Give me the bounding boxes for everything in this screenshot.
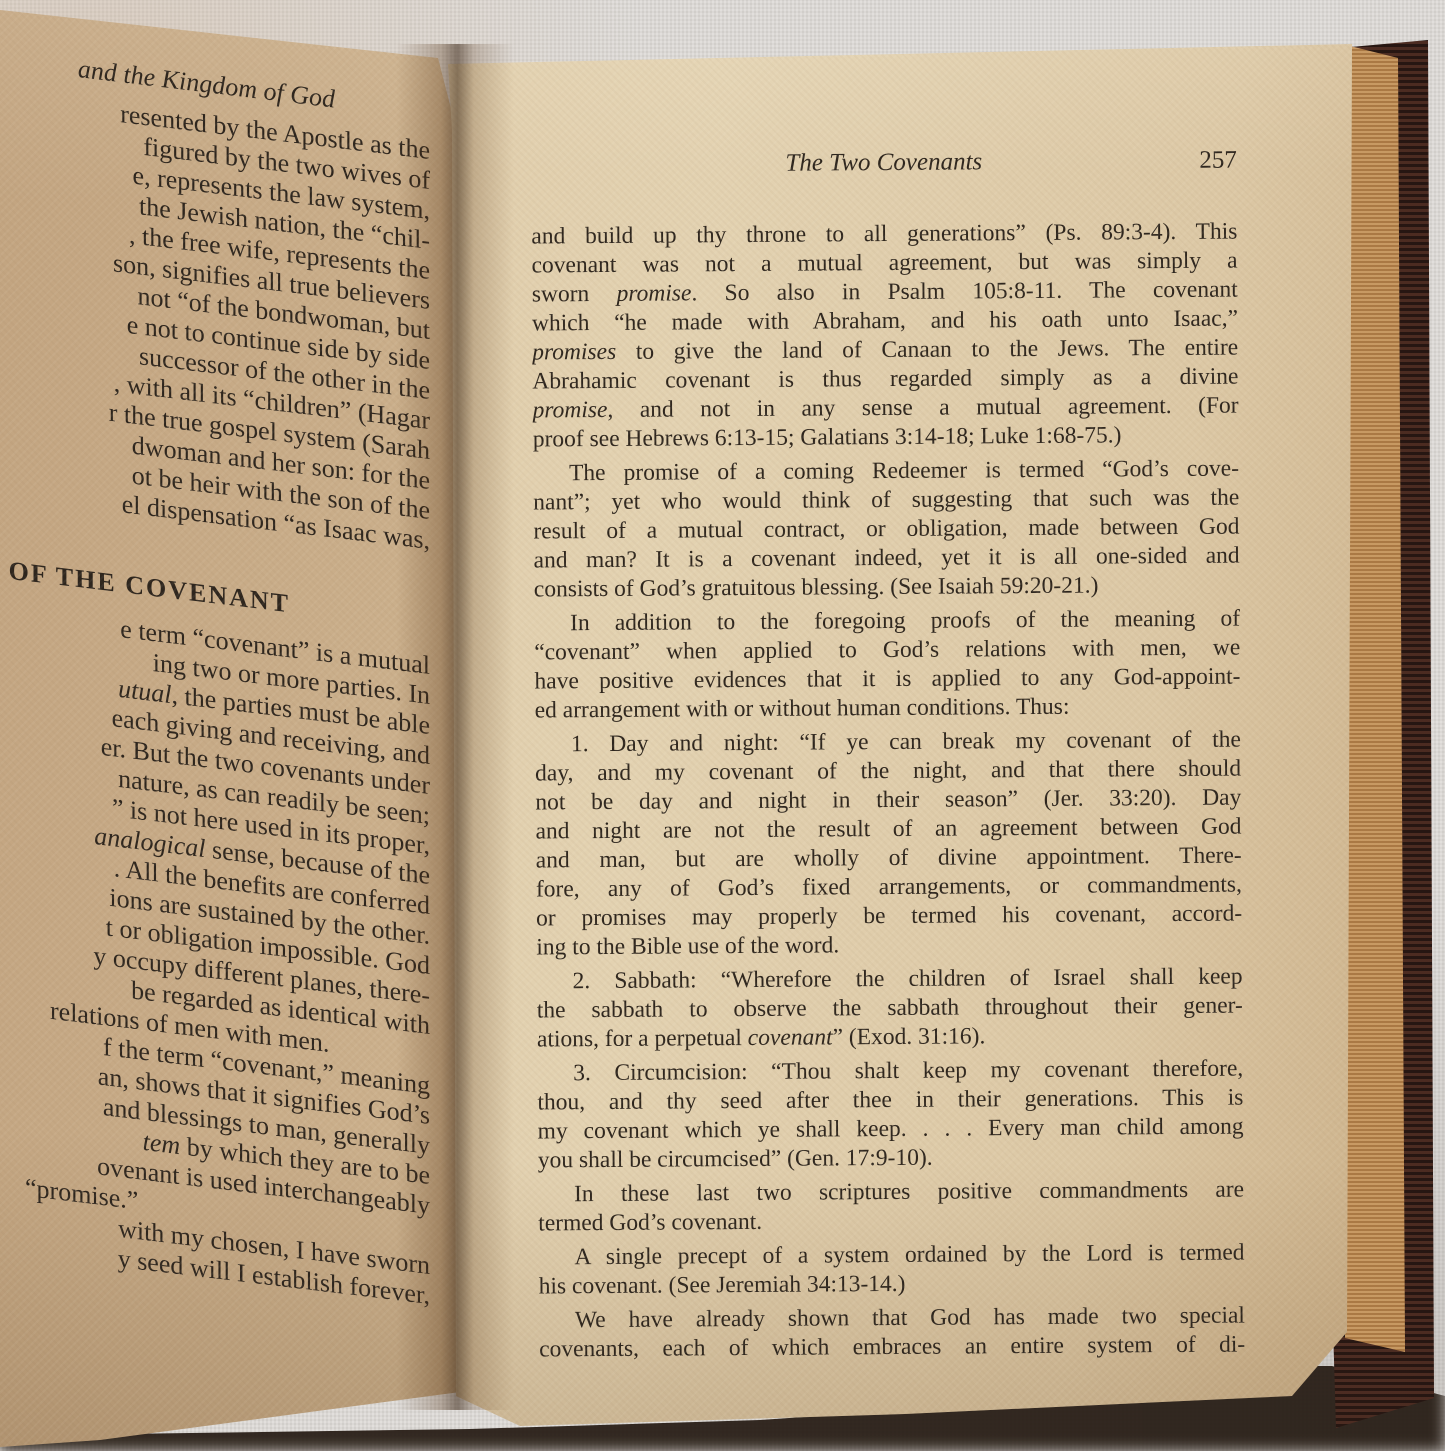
- paragraph: 2. Sabbath: “Wherefore the children of I…: [536, 963, 1243, 1055]
- paragraph: 1. Day and night: “If ye can break my co…: [535, 726, 1243, 963]
- text-line: In these last two scriptures positive co…: [538, 1176, 1244, 1210]
- right-header-row: The Two Covenants 257: [531, 146, 1237, 181]
- text-line: his covenant. (See Jeremiah 34:13-14.): [539, 1268, 1245, 1302]
- page-number: 257: [1199, 146, 1237, 176]
- left-page-text: and the Kingdom of God resented by the A…: [0, 5, 430, 1311]
- text-line: and man? It is a covenant indeed, yet it…: [534, 542, 1240, 576]
- text-line: ing to the Bible use of the word.: [536, 929, 1242, 963]
- text-line: my covenant which ye shall keep. . . . E…: [538, 1113, 1244, 1147]
- right-column: and build up thy throne to all generatio…: [531, 218, 1245, 1365]
- paragraph: In these last two scriptures positive co…: [538, 1176, 1244, 1239]
- text-line: have positive evidences that it is appli…: [534, 663, 1240, 697]
- paragraph: The promise of a coming Redeemer is term…: [533, 455, 1240, 605]
- right-running-header: The Two Covenants: [531, 146, 1237, 181]
- text-line: A single precept of a system ordained by…: [538, 1239, 1244, 1273]
- paragraph: We have already shown that God has made …: [539, 1302, 1245, 1365]
- left-column-bottom: e term “covenant” is a mutualing two or …: [0, 560, 430, 1311]
- left-column-top: resented by the Apostle as thefigured by…: [0, 45, 430, 556]
- paragraph: and build up thy throne to all generatio…: [531, 218, 1239, 455]
- right-page-text: The Two Covenants 257 and build up thy t…: [531, 146, 1245, 1365]
- text-line: you shall be circumcised” (Gen. 17:9-10)…: [538, 1142, 1244, 1176]
- text-line: promise, and not in any sense a mutual a…: [532, 392, 1238, 426]
- text-line: covenants, each of which embraces an ent…: [539, 1331, 1245, 1365]
- text-line: proof see Hebrews 6:13-15; Galatians 3:1…: [533, 421, 1239, 455]
- paragraph: 3. Circumcision: “Thou shalt keep my cov…: [537, 1055, 1244, 1176]
- text-line: ed arrangement with or without human con…: [535, 692, 1241, 726]
- text-line: the sabbath to observe the sabbath throu…: [537, 992, 1243, 1026]
- paragraph: A single precept of a system ordained by…: [538, 1239, 1244, 1302]
- text-line: consists of God’s gratuitous blessing. (…: [534, 571, 1240, 605]
- paragraph: In addition to the foregoing proofs of t…: [534, 605, 1241, 726]
- text-line: or promises may properly be termed his c…: [536, 900, 1242, 934]
- text-line: ations, for a perpetual covenant” (Exod.…: [537, 1021, 1243, 1055]
- text-line: termed God’s covenant.: [538, 1205, 1244, 1239]
- book-photo: and the Kingdom of God resented by the A…: [0, 0, 1445, 1451]
